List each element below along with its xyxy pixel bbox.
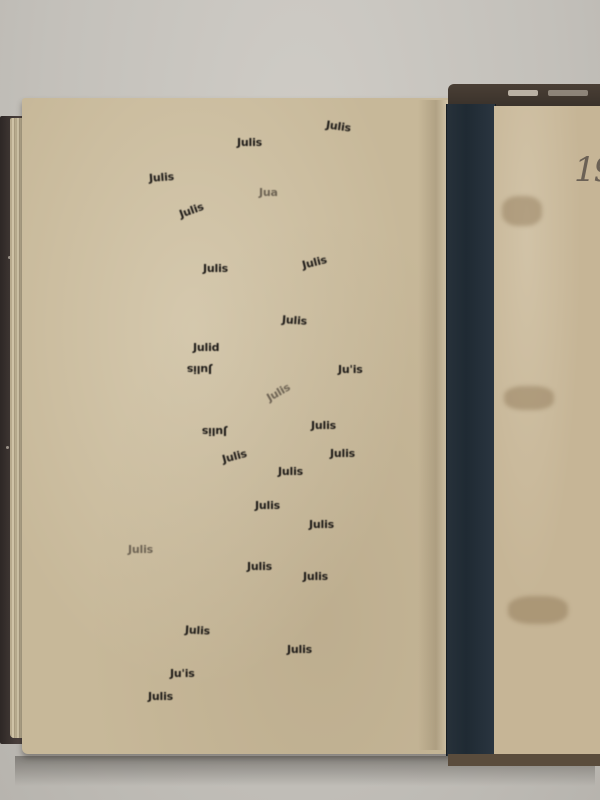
right-cover-top-edge	[448, 84, 600, 106]
julis-stamp: Julis	[237, 136, 262, 149]
cloth-spine-hinge	[446, 104, 496, 756]
julis-stamp: Julis	[148, 690, 173, 703]
julis-stamp: Jua	[259, 186, 278, 199]
gutter-fold	[418, 100, 448, 750]
julis-stamp: Julis	[278, 465, 303, 478]
julis-stamp: Julis	[311, 419, 336, 432]
julis-stamp: Julis	[309, 518, 334, 531]
julis-stamp: Julis	[203, 262, 228, 275]
right-cover-board	[494, 106, 600, 756]
julis-stamp: Julis	[187, 363, 212, 376]
julis-stamp: Julis	[247, 560, 272, 573]
julis-stamp: Julis	[149, 170, 175, 185]
handwritten-number: 19	[574, 150, 600, 190]
julis-stamp: Julis	[202, 425, 227, 438]
julis-stamp: Julis	[303, 570, 328, 583]
julis-stamp: Julis	[255, 499, 280, 512]
endpaper-left-page	[22, 98, 452, 754]
julis-stamp: Ju'is	[170, 667, 195, 680]
julis-stamp: Julis	[330, 447, 355, 460]
julis-stamp: Julid	[193, 341, 219, 354]
photo-scene: 19 JulisJulisJulisJuaJulisJulisJulisJuli…	[0, 0, 600, 800]
right-cover-bottom-edge	[448, 754, 600, 766]
julis-stamp: Ju'is	[338, 363, 363, 376]
julis-stamp: Julis	[287, 643, 312, 656]
julis-stamp: Julis	[185, 623, 211, 637]
julis-stamp: Julis	[128, 543, 153, 556]
julis-stamp: Julis	[282, 313, 308, 328]
